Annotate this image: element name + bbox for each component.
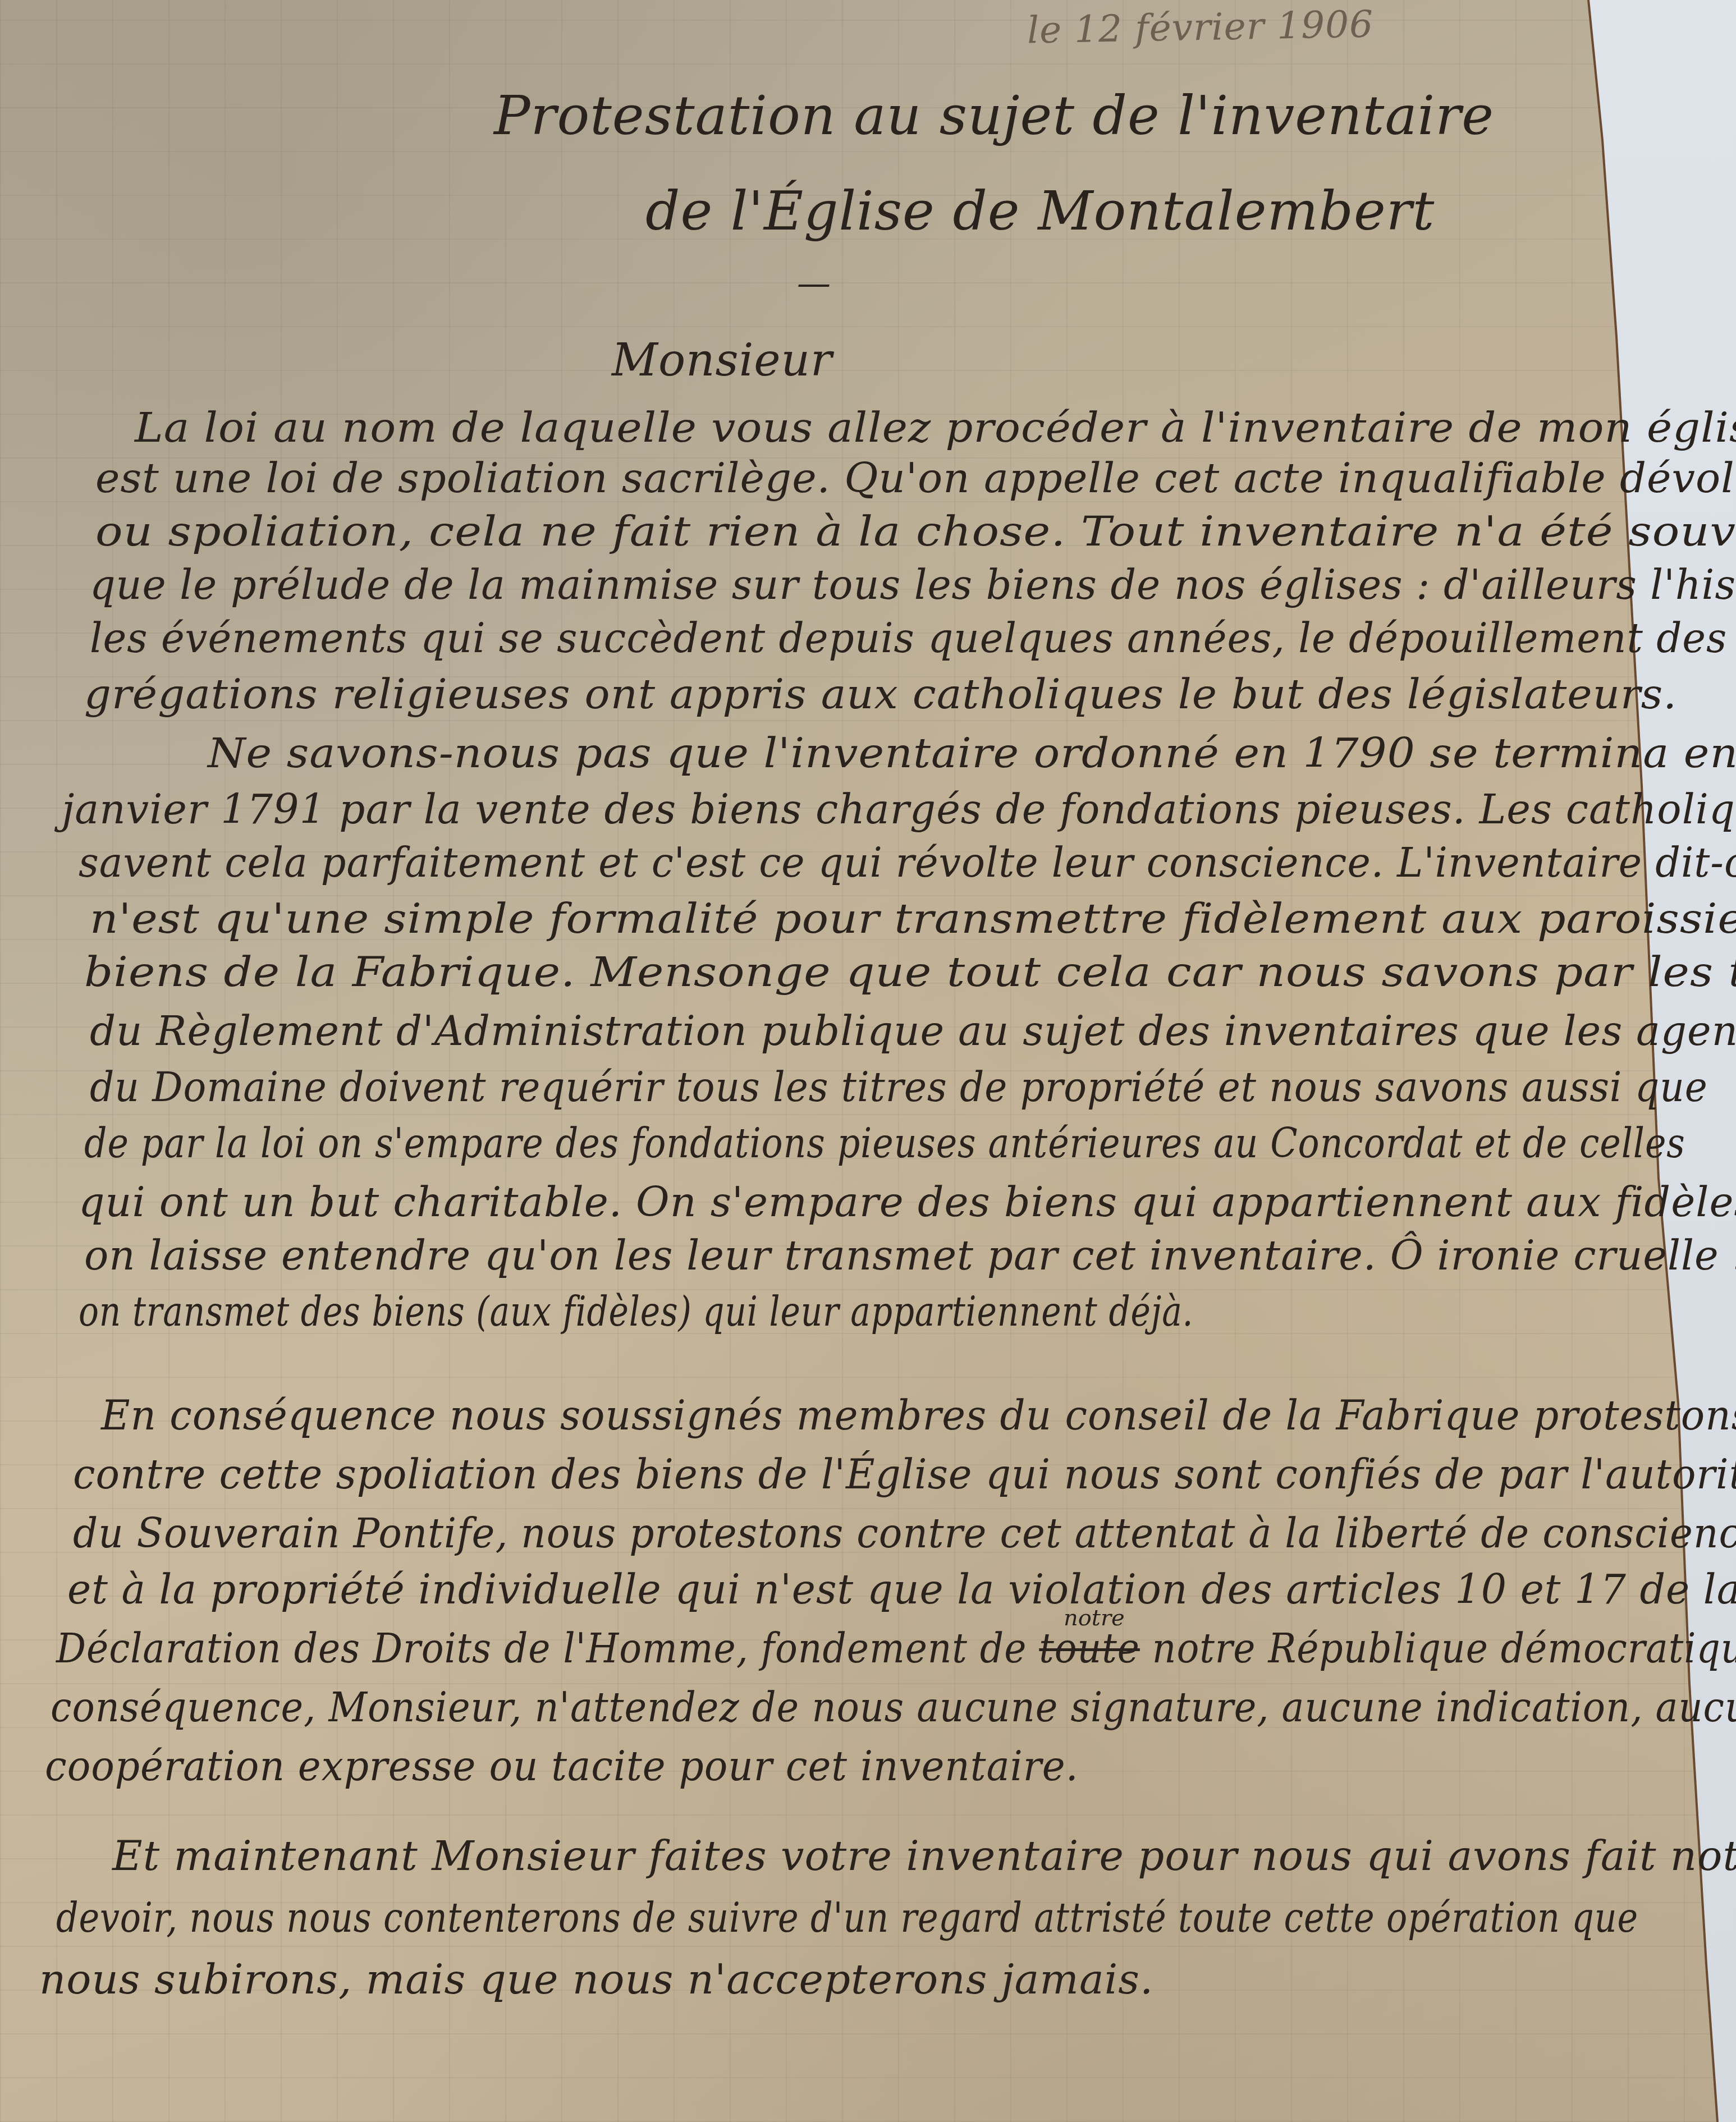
- text-line: qui ont un but charitable. On s'empare d…: [79, 1179, 1736, 1226]
- text-line: Ne savons-nous pas que l'inventaire ordo…: [208, 730, 1736, 777]
- text-line: conséquence, Monsieur, n'attendez de nou…: [51, 1684, 1736, 1731]
- interlinear-correction: notre: [1064, 1605, 1125, 1631]
- text-line: du Domaine doivent requérir tous les tit…: [90, 1064, 1708, 1111]
- text-line: de par la loi on s'empare des fondations…: [84, 1120, 1685, 1167]
- text-line: est une loi de spoliation sacrilège. Qu'…: [95, 455, 1736, 502]
- text-line: biens de la Fabrique. Mensonge que tout …: [84, 948, 1736, 996]
- text-line: savent cela parfaitement et c'est ce qui…: [79, 839, 1736, 886]
- text-line: que le prélude de la mainmise sur tous l…: [90, 561, 1736, 608]
- text-line: contre cette spoliation des biens de l'É…: [73, 1451, 1736, 1498]
- text-line: En conséquence nous soussignés membres d…: [101, 1392, 1736, 1439]
- text-line: Déclaration des Droits de l'Homme, fonde…: [56, 1625, 1736, 1672]
- title-separator: —: [797, 264, 831, 303]
- text-line: on laisse entendre qu'on les leur transm…: [84, 1232, 1736, 1279]
- text-line: grégations religieuses ont appris aux ca…: [84, 671, 1677, 718]
- text-line: devoir, nous nous contenterons de suivre…: [56, 1894, 1638, 1941]
- text-line: n'est qu'une simple formalité pour trans…: [90, 895, 1736, 942]
- text-line: Et maintenant Monsieur faites votre inve…: [112, 1832, 1736, 1880]
- struck-word: toute: [1039, 1625, 1140, 1672]
- letter-paper: [0, 0, 1736, 2122]
- text-line: ou spoliation, cela ne fait rien à la ch…: [95, 508, 1736, 555]
- photo-scene: le 12 février 1906 Protestation au sujet…: [0, 0, 1736, 2122]
- salutation: Monsieur: [612, 334, 832, 386]
- text-line: coopération expresse ou tacite pour cet …: [45, 1743, 1079, 1790]
- text-line: du Règlement d'Administration publique a…: [90, 1007, 1736, 1055]
- text-line: et à la propriété individuelle qui n'est…: [67, 1566, 1736, 1613]
- text-line: les événements qui se succèdent depuis q…: [90, 615, 1736, 662]
- letter-title-line-2: de l'Église de Montalembert: [645, 180, 1435, 242]
- text-line: on transmet des biens (aux fidèles) qui …: [79, 1288, 1193, 1335]
- letter-date: le 12 février 1906: [1027, 3, 1373, 52]
- text-line: du Souverain Pontife, nous protestons co…: [73, 1510, 1736, 1557]
- letter-title-line-1: Protestation au sujet de l'inventaire: [494, 84, 1494, 147]
- text-line: nous subirons, mais que nous n'acceptero…: [39, 1956, 1153, 2003]
- text-line: La loi au nom de laquelle vous allez pro…: [135, 404, 1736, 451]
- text-line: janvier 1791 par la vente des biens char…: [62, 786, 1736, 833]
